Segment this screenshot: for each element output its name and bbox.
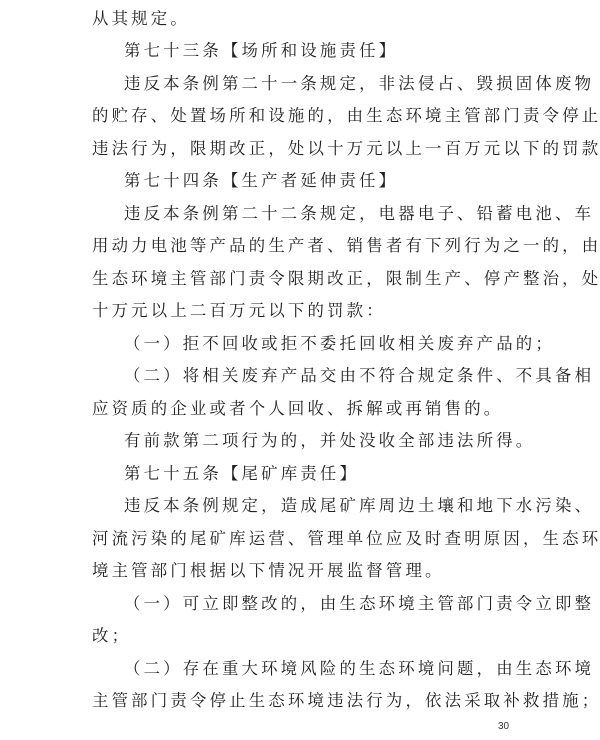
text-line: 违法行为，限期改正，处以十万元以上一百万元以下的罚款。 — [92, 139, 510, 159]
article-heading-73: 第七十三条【场所和设施责任】 — [124, 41, 542, 61]
list-item: （二）将相关废弃产品交由不符合规定条件、不具备相 — [124, 366, 542, 386]
document-page: 从其规定。 第七十三条【场所和设施责任】 违反本条例第二十一条规定，非法侵占、毁… — [0, 0, 600, 740]
list-item: （一）拒不回收或拒不委托回收相关废弃产品的； — [124, 334, 542, 354]
text-line: 境主管部门根据以下情况开展监督管理。 — [92, 561, 510, 581]
text-line: 应资质的企业或者个人回收、拆解或再销售的。 — [92, 399, 510, 419]
list-item: （一）可立即整改的，由生态环境主管部门责令立即整 — [124, 594, 542, 614]
text-line: 有前款第二项行为的，并处没收全部违法所得。 — [124, 431, 542, 451]
list-item: （二）存在重大环境风险的生态环境问题，由生态环境 — [124, 659, 542, 679]
text-line: 从其规定。 — [92, 9, 510, 29]
text-line: 的贮存、处置场所和设施的，由生态环境主管部门责令停止 — [92, 106, 510, 126]
text-line: 十万元以上二百万元以下的罚款： — [92, 301, 510, 321]
text-line: 用动力电池等产品的生产者、销售者有下列行为之一的，由 — [92, 236, 510, 256]
text-line: 生态环境主管部门责令限期改正，限制生产、停产整治，处 — [92, 269, 510, 289]
text-line: 违反本条例第二十一条规定，非法侵占、毁损固体废物 — [124, 74, 542, 94]
article-heading-74: 第七十四条【生产者延伸责任】 — [124, 171, 542, 191]
page-number: 30 — [498, 721, 509, 732]
text-line: 主管部门责令停止生态环境违法行为，依法采取补救措施； — [92, 691, 510, 711]
article-heading-75: 第七十五条【尾矿库责任】 — [124, 464, 542, 484]
text-line: 河流污染的尾矿库运营、管理单位应及时查明原因，生态环 — [92, 529, 510, 549]
text-line: 违反本条例规定，造成尾矿库周边土壤和地下水污染、 — [124, 496, 542, 516]
text-line: 改； — [92, 626, 510, 646]
text-line: 违反本条例第二十二条规定，电器电子、铅蓄电池、车 — [124, 204, 542, 224]
